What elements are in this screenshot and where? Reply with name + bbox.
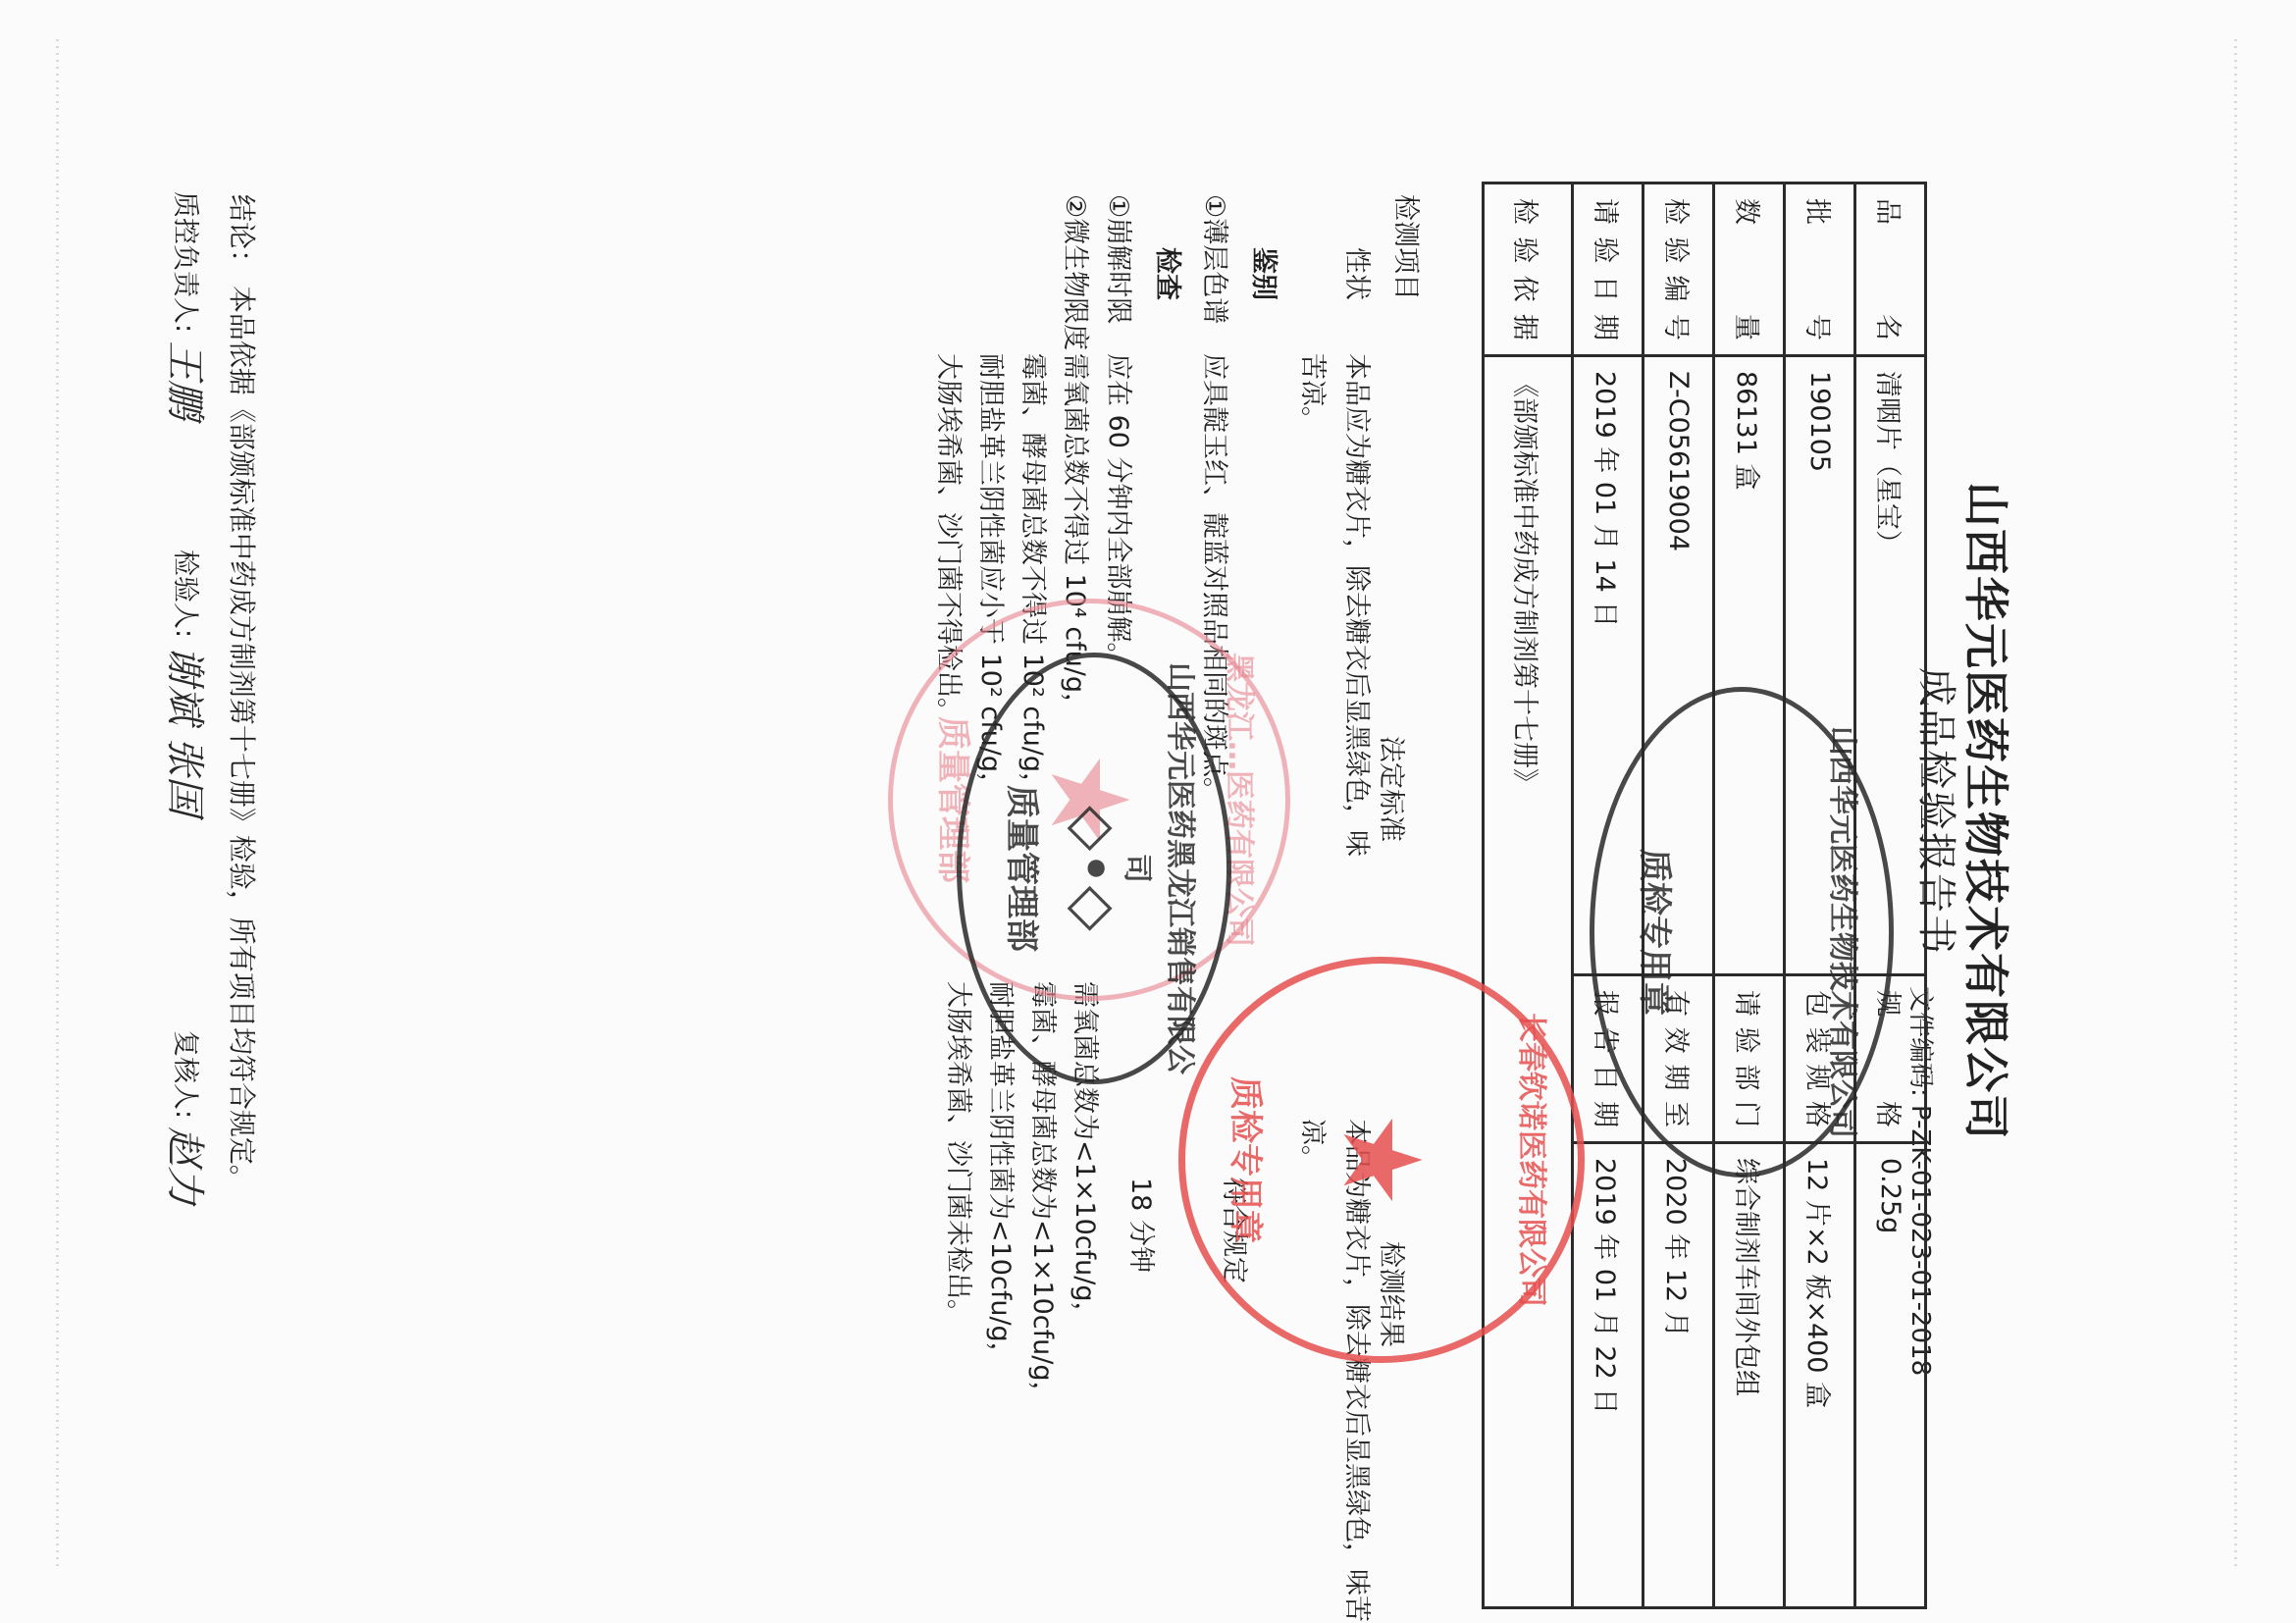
value-request-date: 2019 年 01 月 14 日: [1573, 356, 1644, 975]
value-basis: 《部颁标准中药成方制剂第十七册》: [1484, 356, 1573, 1608]
microbial-result-line-1: 需氧菌总数为<1×10cfu/g，: [1069, 981, 1107, 1328]
qc-head-signature-block: 质控负责人: 王鹏: [160, 191, 216, 419]
col-item-heading: 检测项目: [1389, 194, 1428, 300]
label-request-dept: 请验部门: [1714, 975, 1785, 1143]
value-quantity: 86131 盒: [1714, 356, 1785, 975]
value-request-dept: 综合制剂车间外包组: [1714, 1143, 1785, 1608]
black-seal-top-text: 山西华元医药黑龙江销售有限公司: [1119, 657, 1205, 1079]
label-batch: 批 号: [1785, 183, 1855, 356]
label-pack-spec: 包装规格: [1785, 975, 1855, 1143]
conclusion: 结论： 本品依据《部颁标准中药成方制剂第十七册》检验，所有项目均符合规定。: [224, 194, 263, 1192]
microbial-result-line-3: 耐胆盐革兰阴性菌为<10cfu/g，: [984, 981, 1022, 1369]
microbial-standard-line-4: 大肠埃希菌、沙门菌不得检出。: [932, 353, 970, 724]
report-page: 山西华元医药生物技术有限公司 成品检验报告书 文件编码: P-ZK-01-023…: [0, 0, 2296, 1623]
value-product-name: 清咽片（星宝）: [1855, 356, 1926, 975]
table-row: 数 量 86131 盒 请验部门 综合制剂车间外包组: [1714, 183, 1785, 1608]
value-batch: 190105: [1785, 356, 1855, 975]
item-microbial-limit: ②微生物限度: [1059, 194, 1097, 350]
value-pack-spec: 12 片×2 板×400 盒: [1785, 1143, 1855, 1608]
label-spec: 规 格: [1855, 975, 1926, 1143]
conclusion-text: 本品依据《部颁标准中药成方制剂第十七册》检验，所有项目均符合规定。: [226, 286, 258, 1192]
tlc-standard: 应具靛玉红、靛蓝对照品相同的斑点。: [1198, 353, 1236, 804]
label-expiry: 有效期至: [1644, 975, 1714, 1143]
microbial-standard-line-2: 霉菌、酵母菌总数不得过 10² cfu/g，: [1017, 353, 1055, 799]
label-inspection-no: 检验编号: [1644, 183, 1714, 356]
microbial-standard-line-1: 需氧菌总数不得过 10⁴ cfu/g，: [1059, 353, 1097, 719]
appearance-standard-line-1: 本品应为糖衣片，除去糖衣后显黑绿色，味: [1340, 353, 1379, 857]
qc-head-signature: 王鹏: [160, 340, 216, 419]
microbial-standard-line-3: 耐胆盐革兰阴性菌应小于 10² cfu/g，: [974, 353, 1013, 799]
tlc-result: 符合规定: [1218, 1178, 1256, 1283]
value-expiry: 2020 年 12 月: [1644, 1143, 1714, 1608]
col-standard-heading: 法定标准: [1375, 736, 1413, 842]
disintegration-result: 18 分钟: [1124, 1178, 1163, 1273]
reviewer-label: 复核人:: [169, 1030, 207, 1119]
diamond-icon: ◇•◇: [1060, 806, 1128, 931]
label-basis: 检验依据: [1484, 183, 1573, 356]
label-report-date: 报告日期: [1573, 975, 1644, 1143]
label-request-date: 请验日期: [1573, 183, 1644, 356]
microbial-result-line-2: 霉菌、酵母菌总数为<1×10cfu/g，: [1026, 981, 1065, 1407]
table-row: 请验日期 2019 年 01 月 14 日 报告日期 2019 年 01 月 2…: [1573, 183, 1644, 1608]
info-table: 品 名 清咽片（星宝） 规 格 0.25g 批 号 190105 包装规格 12…: [1482, 182, 1927, 1609]
item-disintegration: ①崩解时限: [1102, 194, 1140, 324]
microbial-result-line-4: 大肠埃希菌、沙门菌未检出。: [942, 981, 980, 1326]
inspector-signature-block: 检验人: 谢斌 张国: [160, 550, 216, 815]
value-spec: 0.25g: [1855, 1143, 1926, 1608]
inspector-signature: 谢斌 张国: [160, 646, 216, 815]
label-product-name: 品 名: [1855, 183, 1926, 356]
reviewer-signature-block: 复核人: 赵力: [160, 1030, 216, 1205]
scan-edge-top: [2234, 39, 2237, 1570]
col-result-heading: 检测结果: [1375, 1241, 1413, 1347]
table-row: 检验依据 《部颁标准中药成方制剂第十七册》: [1484, 183, 1573, 1608]
scan-edge-bottom: [56, 39, 59, 1570]
appearance-standard-line-2: 苦凉。: [1296, 353, 1334, 433]
appearance-result-line-1: 本品为糖衣片，除去糖衣后显黑绿色，味苦: [1340, 1119, 1379, 1622]
item-tlc: ①薄层色谱: [1198, 194, 1236, 324]
table-row: 检验编号 Z-C05619004 有效期至 2020 年 12 月: [1644, 183, 1714, 1608]
heading-identification: 鉴别: [1247, 247, 1285, 300]
value-report-date: 2019 年 01 月 22 日: [1573, 1143, 1644, 1608]
appearance-result-line-2: 凉。: [1296, 1119, 1334, 1172]
value-inspection-no: Z-C05619004: [1644, 356, 1714, 975]
table-row: 品 名 清咽片（星宝） 规 格 0.25g: [1855, 183, 1926, 1608]
item-appearance: 性状: [1340, 247, 1379, 300]
qc-head-label: 质控负责人:: [169, 191, 207, 333]
table-row: 批 号 190105 包装规格 12 片×2 板×400 盒: [1785, 183, 1855, 1608]
heading-checks: 检查: [1151, 247, 1189, 300]
conclusion-label: 结论：: [226, 194, 258, 277]
inspector-label: 检验人:: [169, 550, 207, 638]
red-seal-bottom-text: 质检专用章: [1225, 964, 1273, 1356]
disintegration-standard: 应在 60 分钟内全部崩解。: [1102, 353, 1140, 669]
reviewer-signature: 赵力: [160, 1126, 216, 1205]
label-quantity: 数 量: [1714, 183, 1785, 356]
